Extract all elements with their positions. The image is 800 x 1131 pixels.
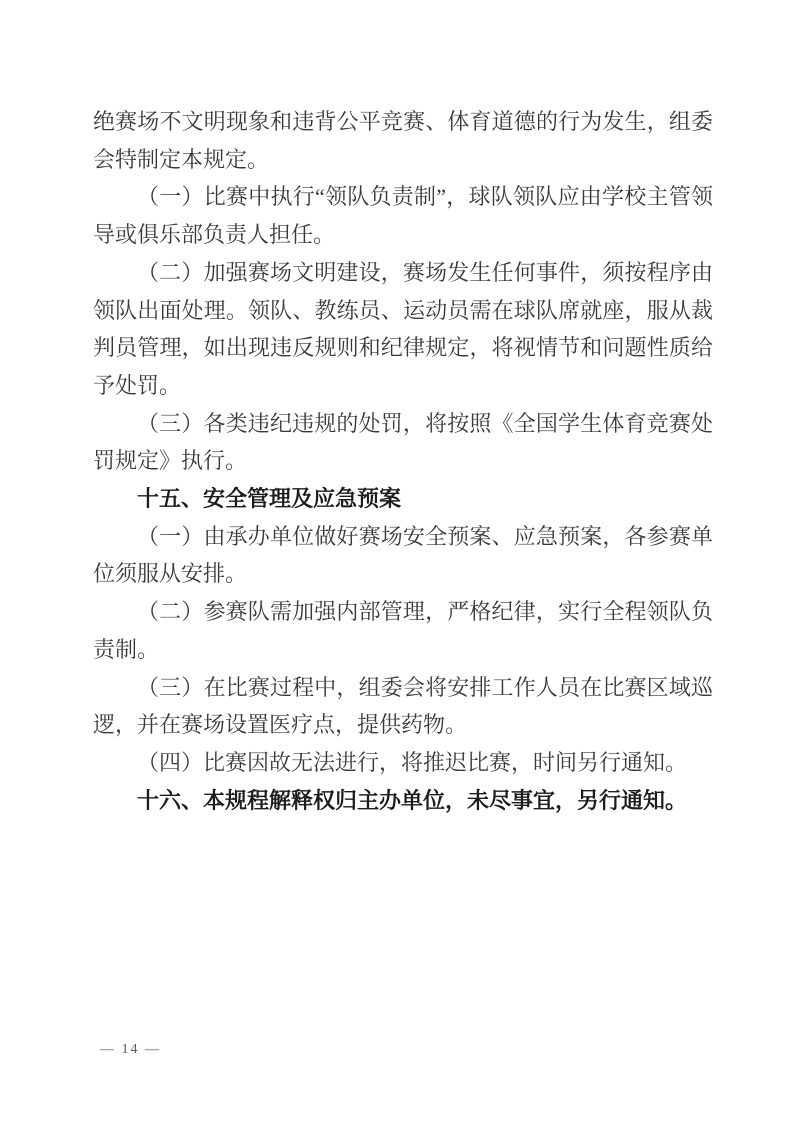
paragraph: 绝赛场不文明现象和违背公平竞赛、体育道德的行为发生，组委会特制定本规定。 [93,103,713,178]
paragraph: （一）比赛中执行“领队负责制”，球队领队应由学校主管领导或俱乐部负责人担任。 [93,178,713,253]
section-heading: 十五、安全管理及应急预案 [93,480,713,518]
paragraph: （二）加强赛场文明建设，赛场发生任何事件，须按程序由领队出面处理。领队、教练员、… [93,254,713,405]
paragraph: （二）参赛队需加强内部管理，严格纪律，实行全程领队负责制。 [93,593,713,668]
document-page: 绝赛场不文明现象和违背公平竞赛、体育道德的行为发生，组委会特制定本规定。 （一）… [0,0,800,1131]
page-number: — 14 — [100,1042,161,1058]
paragraph: （三）各类违纪违规的处罚，将按照《全国学生体育竞赛处罚规定》执行。 [93,405,713,480]
paragraph: （一）由承办单位做好赛场安全预案、应急预案，各参赛单位须服从安排。 [93,518,713,593]
document-body: 绝赛场不文明现象和违背公平竞赛、体育道德的行为发生，组委会特制定本规定。 （一）… [93,103,713,819]
section-heading: 十六、本规程解释权归主办单位，未尽事宜，另行通知。 [93,782,713,820]
paragraph: （三）在比赛过程中，组委会将安排工作人员在比赛区域巡逻，并在赛场设置医疗点，提供… [93,669,713,744]
paragraph: （四）比赛因故无法进行，将推迟比赛，时间另行通知。 [93,744,713,782]
